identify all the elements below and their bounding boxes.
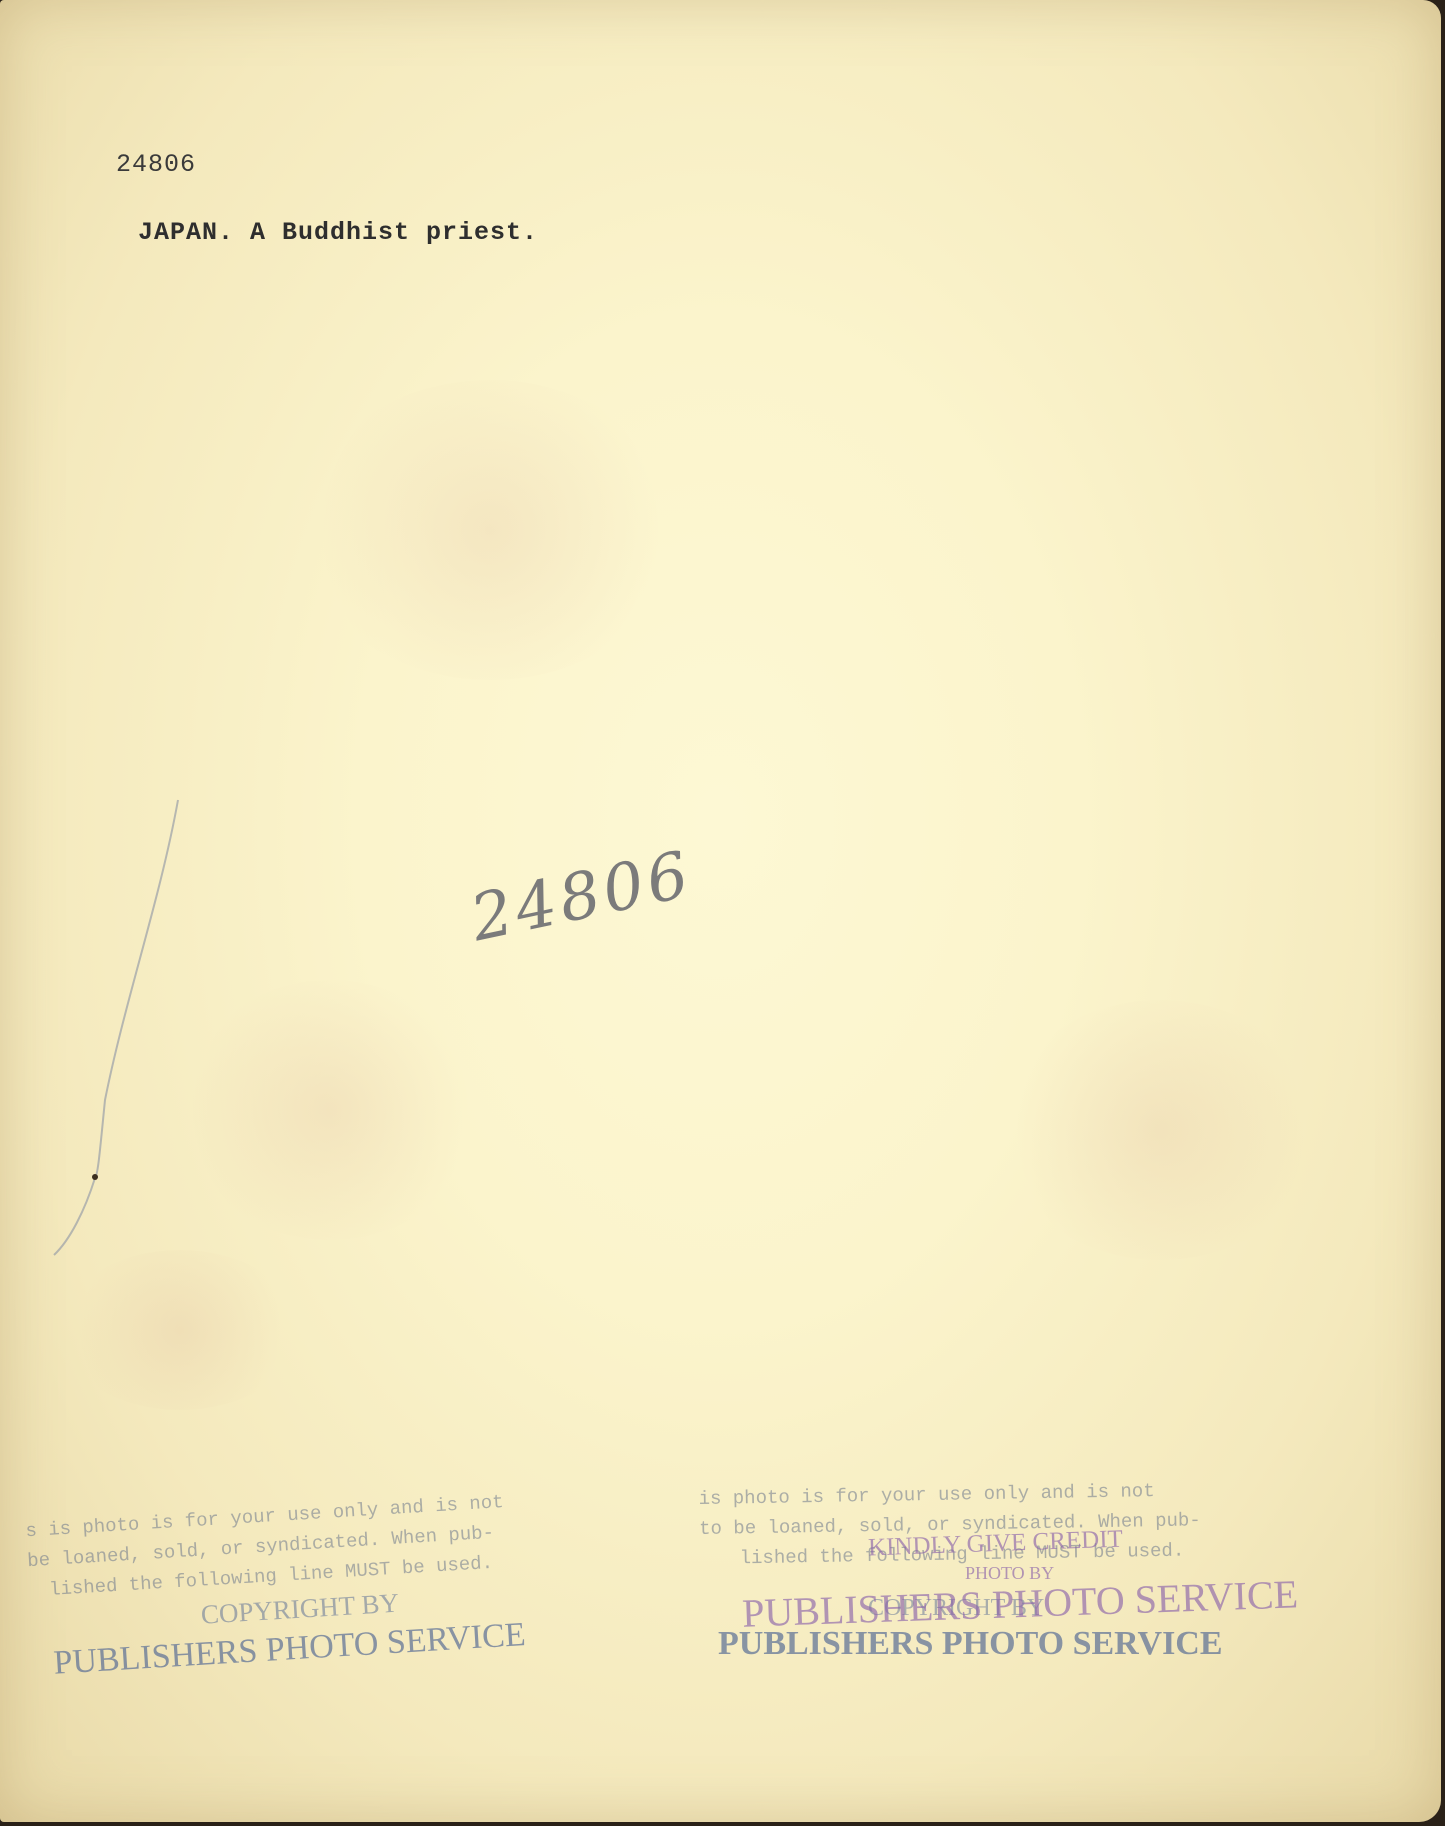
agency-stamp-blue: PUBLISHERS PHOTO SERVICE [718, 1625, 1223, 1663]
usage-notice-stamp-right: is photo is for your use only and is not… [698, 1479, 1201, 1578]
usage-notice-stamp-left: s is photo is for your use only and is n… [25, 1491, 513, 1686]
photo-card-back: 24806 JAPAN. A Buddhist priest. 24806 s … [0, 0, 1441, 1822]
